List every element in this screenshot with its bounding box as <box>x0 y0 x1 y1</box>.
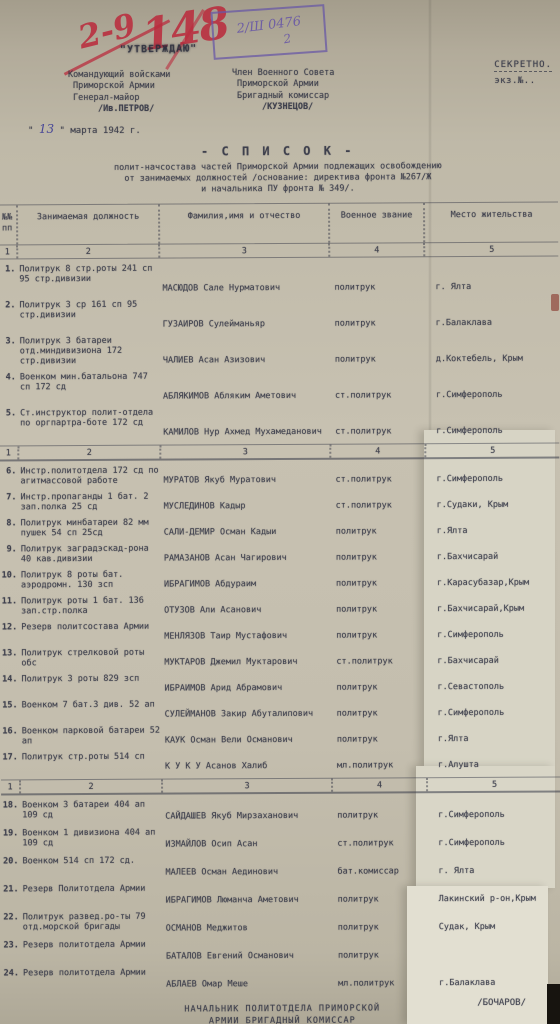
table-row: 5.Ст.инструктор полит-отдела по оргпартр… <box>0 401 559 440</box>
cell-num: 22. <box>2 913 20 935</box>
cell-rank: политрук <box>328 282 423 293</box>
table-row: 11.Политрук роты 1 бат. 136 зап.стр.полк… <box>0 589 560 618</box>
cell-rank: бат.комиссар <box>331 867 426 878</box>
secrecy-label: СЕКРЕТНО. <box>494 60 552 72</box>
column-number: 5 <box>426 778 560 792</box>
subtitle-line: и начальника ПУ фронта № 349/. <box>0 183 558 197</box>
stamp-scribble-line2: 2 <box>282 31 292 46</box>
table-section-3: 18.Военком 3 батареи 404 ап 109 сдСАЙДАШ… <box>1 793 560 992</box>
cell-rank: ст.политрук <box>329 426 424 437</box>
table-row: 10.Политрук 8 роты бат. аэродромн. 130 з… <box>0 563 560 592</box>
scanned-document-page: 2-9 148 2/Ш 0476 2 СЕКРЕТНО. экз.№.. "УТ… <box>0 0 560 1024</box>
cell-num: 18. <box>1 801 19 823</box>
cell-place: г.Бахчисарай <box>425 656 560 667</box>
cell-position: Политрук роты 1 бат. 136 зап.стр.полка <box>18 596 160 617</box>
table-row: 17.Политрук стр.роты 514 спК У К У Асано… <box>1 745 560 774</box>
document-subtitle: полит-начсостава частей Приморской Армии… <box>0 161 558 197</box>
document-body: - С П И С О К - полит-начсостава частей … <box>0 141 560 1024</box>
cell-name: ГУЗАИРОВ Сулейманьяр <box>159 319 329 330</box>
table-row: 9.Политрук заградэскад-рона 40 кав.дивиз… <box>0 537 560 566</box>
cell-place: г.Судаки, Крым <box>425 500 560 511</box>
footer-signature-name: /БОЧАРОВ/ <box>477 998 526 1008</box>
cell-rank: политрук <box>330 631 425 642</box>
document-content: 2-9 148 2/Ш 0476 2 СЕКРЕТНО. экз.№.. "УТ… <box>0 0 560 1024</box>
table-row: 4.Военком мин.батальона 747 сп 172 сдАБЛ… <box>0 365 559 404</box>
table-row: 6.Инстр.политотдела 172 сд по агитмассов… <box>0 459 559 488</box>
column-number: 5 <box>423 243 558 257</box>
cell-place: г.Симферополь <box>424 390 559 401</box>
cell-position: Военком парковой батареи 52 ап <box>19 726 161 747</box>
column-header-name: Фамилия,имя и отчество <box>158 204 328 244</box>
cell-name: ЧАЛИЕВ Асан Азизович <box>159 355 329 366</box>
column-number: 3 <box>158 244 328 258</box>
secrecy-block: СЕКРЕТНО. экз.№.. <box>494 60 552 86</box>
table-row: 3.Политрук 3 батареи отд.миндивизиона 17… <box>0 329 559 368</box>
cell-place: г.Симферополь <box>424 474 559 485</box>
approval-block-commander: Командующий войсками Приморской Армии Ге… <box>68 70 170 116</box>
cell-name: СУЛЕЙМАНОВ Закир Абуталипович <box>161 709 331 720</box>
document-title: - С П И С О К - <box>0 143 558 160</box>
cell-name: МЕНЛЯЗОВ Таир Мустафович <box>160 631 330 642</box>
cell-num: 4. <box>0 373 17 403</box>
cell-place: Лакинский р-он,Крым <box>427 894 560 905</box>
cell-rank: политрук <box>332 951 427 962</box>
cell-position: Военком 7 бат.3 див. 52 ап <box>19 700 161 721</box>
cell-name: МУСЛЕДИНОВ Кадыр <box>160 501 330 512</box>
cell-num: 8. <box>0 519 18 539</box>
cell-place: г.Бахчисарай <box>425 552 560 563</box>
handwritten-day: 13 <box>39 122 54 136</box>
cell-num: 14. <box>0 675 18 695</box>
cell-rank: мл.политрук <box>331 761 426 772</box>
cell-name: МУРАТОВ Якуб Муратович <box>159 475 329 486</box>
cell-num: 1. <box>0 265 16 295</box>
cell-num: 20. <box>1 857 19 879</box>
column-header-position: Занимаемая должность <box>16 205 158 245</box>
approval-line: Генерал-майор <box>68 93 170 104</box>
cell-place: г.Симферополь <box>424 426 559 437</box>
cell-place: г.Ялта <box>425 526 560 537</box>
cell-name: ИБРАИМОВ Арид Абрамович <box>161 683 331 694</box>
cell-name: КАУК Осман Вели Османович <box>161 735 331 746</box>
column-number: 5 <box>424 444 559 458</box>
cell-rank: политрук <box>330 553 425 564</box>
cell-position: Военком мин.батальона 747 сп 172 сд <box>17 372 159 403</box>
column-header-rank: Военное звание <box>328 203 423 242</box>
table-row: 16.Военком парковой батареи 52 апКАУК Ос… <box>1 719 560 748</box>
cell-place: г.Карасубазар,Крым <box>425 578 560 589</box>
cell-place: г.Бахчисарай,Крым <box>425 604 560 615</box>
cell-position: Резерв политотдела Армии <box>20 968 162 991</box>
cell-name: ИЗМАЙЛОВ Осип Асан <box>161 839 331 850</box>
cell-position: Политрук развед.ро-ты 79 отд.морской бри… <box>20 912 162 935</box>
cell-rank: политрук <box>331 683 426 694</box>
copy-number-label: экз.№.. <box>494 76 552 86</box>
archival-stamp: 2/Ш 0476 2 <box>210 4 327 60</box>
approval-line: Приморской Армии <box>232 79 334 90</box>
cell-num: 15. <box>1 701 19 721</box>
date-line: " 13 " марта 1942 г. <box>28 122 141 136</box>
approve-stamp-word: "УТВЕРЖДАЮ" <box>120 43 197 55</box>
table-row: 19.Военком 1 дивизиона 404 ап 109 сдИЗМА… <box>1 821 560 852</box>
cell-place: Судак, Крым <box>427 922 560 933</box>
column-number: 2 <box>16 245 158 259</box>
cell-name: АБЛЯКИМОВ Абляким Аметович <box>159 391 329 402</box>
cell-rank: ст.политрук <box>331 839 426 850</box>
cell-position: Политрук стрелковой роты обс <box>18 648 160 669</box>
cell-num: 16. <box>1 727 19 747</box>
column-number: 2 <box>17 446 159 460</box>
cell-rank: ст.политрук <box>329 474 424 485</box>
table-row: 8.Политрук минбатареи 82 мм пушек 54 сп … <box>0 511 560 540</box>
cell-position: Политрук 8 роты бат. аэродромн. 130 зсп <box>18 570 160 591</box>
cell-place: г.Алушта <box>426 760 560 771</box>
cell-place: г.Симферополь <box>426 708 560 719</box>
cell-rank: политрук <box>330 527 425 538</box>
cell-name: МУКТАРОВ Джемил Муктарович <box>160 657 330 668</box>
approval-line: Член Военного Совета <box>232 68 334 79</box>
cell-position: Военком 514 сп 172 сд. <box>19 856 161 879</box>
cell-rank: политрук <box>330 605 425 616</box>
cell-place: г.Балаклава <box>424 318 559 329</box>
cell-position: Ст.инструктор полит-отдела по оргпартра-… <box>17 408 159 439</box>
approval-line: Бригадный комиссар <box>232 91 334 102</box>
cell-position: Политрук заградэскад-рона 40 кав.дивизии <box>18 544 160 565</box>
cell-name: БАТАЛОВ Евгений Османович <box>162 951 332 962</box>
cell-position: Военком 3 батареи 404 ап 109 сд <box>19 800 161 823</box>
cell-name: АБЛАЕВ Омар Меше <box>162 979 332 990</box>
approval-line: Приморской Армии <box>68 81 170 92</box>
table-row: 24.Резерв политотдела АрмииАБЛАЕВ Омар М… <box>2 961 560 992</box>
table-row: 7.Инстр.пропаганды 1 бат. 2 зап.полка 25… <box>0 485 560 514</box>
cell-num: 19. <box>1 829 19 851</box>
cell-num: 5. <box>0 409 17 439</box>
column-header-place: Место жительства <box>423 203 558 243</box>
column-number: 4 <box>329 444 424 457</box>
cell-rank: политрук <box>331 811 426 822</box>
cell-position: Резерв политсостава Армии <box>18 622 160 643</box>
cell-num: 3. <box>0 337 17 367</box>
cell-name: ИБРАГИМОВ Абдураим <box>160 579 330 590</box>
cell-num: 10. <box>0 571 18 591</box>
table-row: 1.Политрук 8 стр.роты 241 сп 95 стр.диви… <box>0 257 558 296</box>
cell-rank: политрук <box>331 735 426 746</box>
table-row: 21.Резерв Политотдела АрмииИБРАГИМОВ Люм… <box>2 877 560 908</box>
cell-position: Инстр.пропаганды 1 бат. 2 зап.полка 25 с… <box>18 492 160 513</box>
cell-num: 6. <box>0 467 17 487</box>
cell-rank: политрук <box>332 923 427 934</box>
cell-num: 21. <box>2 885 20 907</box>
cell-num: 17. <box>1 753 19 773</box>
cell-position: Военком 1 дивизиона 404 ап 109 сд <box>19 828 161 851</box>
scan-dark-corner <box>547 984 560 1024</box>
approval-block-council-member: Член Военного Совета Приморской Армии Бр… <box>232 68 334 114</box>
cell-name: САЙДАШЕВ Якуб Мирзаханович <box>161 811 331 822</box>
column-number: 4 <box>328 243 423 256</box>
cell-rank: политрук <box>329 354 424 365</box>
table-row: 2.Политрук 3 ср 161 сп 95 стр.дивизииГУЗ… <box>0 293 559 332</box>
cell-rank: политрук <box>329 318 424 329</box>
cell-place: д.Коктебель, Крым <box>424 354 559 365</box>
table-row: 13.Политрук стрелковой роты обсМУКТАРОВ … <box>0 641 560 670</box>
date-quote-open: " <box>28 126 33 136</box>
table-row: 18.Военком 3 батареи 404 ап 109 сдСАЙДАШ… <box>1 793 560 824</box>
cell-name: МАСЮДОВ Сале Нурматович <box>158 283 328 294</box>
cell-name: МАЛЕЕВ Осман Аединович <box>161 867 331 878</box>
column-header-number: №№ пп <box>0 206 16 245</box>
column-number: 2 <box>19 780 161 794</box>
cell-rank: политрук <box>331 709 426 720</box>
column-number: 1 <box>0 246 16 259</box>
cell-name: ОСМАНОВ Меджитов <box>162 923 332 934</box>
table-header-row: №№ пп Занимаемая должность Фамилия,имя и… <box>0 202 558 246</box>
cell-place: г.Симферополь <box>425 630 560 641</box>
table-section-2: 6.Инстр.политотдела 172 сд по агитмассов… <box>0 459 560 774</box>
cell-num: 7. <box>0 493 18 513</box>
cell-place: г.Симферополь <box>426 838 560 849</box>
cell-place: г. Ялта <box>426 866 560 877</box>
cell-position: Политрук 3 роты 829 зсп <box>18 674 160 695</box>
cell-rank: политрук <box>332 895 427 906</box>
cell-name: ИБРАГИМОВ Люманча Аметович <box>162 895 332 906</box>
cell-position: Инстр.политотдела 172 сд по агитмассовой… <box>17 466 159 487</box>
cell-rank: ст.политрук <box>330 500 425 511</box>
stamp-scribble-line1: 2/Ш 0476 <box>235 14 301 37</box>
cell-name: САЛИ-ДЕМИР Осман Кадыи <box>160 527 330 538</box>
cell-rank: мл.политрук <box>332 979 427 990</box>
cell-position: Политрук 3 батареи отд.миндивизиона 172 … <box>17 336 159 367</box>
cell-position: Политрук стр.роты 514 сп <box>19 752 161 773</box>
cell-num: 11. <box>0 597 18 617</box>
cell-name: К У К У Асанов Халиб <box>161 761 331 772</box>
table-row: 12.Резерв политсостава АрмииМЕНЛЯЗОВ Таи… <box>0 615 560 644</box>
table-section-1: 1.Политрук 8 стр.роты 241 сп 95 стр.диви… <box>0 257 559 440</box>
approval-line: Командующий войсками <box>68 70 170 81</box>
table-row: 14.Политрук 3 роты 829 зспИБРАИМОВ Арид … <box>0 667 560 696</box>
cell-position: Резерв Политотдела Армии <box>20 884 162 907</box>
cell-num: 9. <box>0 545 18 565</box>
cell-place: г.Ялта <box>426 734 560 745</box>
cell-rank: политрук <box>330 579 425 590</box>
cell-name: КАМИЛОВ Нур Ахмед Мухамеданович <box>159 427 329 438</box>
table-row: 15.Военком 7 бат.3 див. 52 апСУЛЕЙМАНОВ … <box>1 693 560 722</box>
cell-num: 2. <box>0 301 17 331</box>
table-row: 22.Политрук развед.ро-ты 79 отд.морской … <box>2 905 560 936</box>
cell-place: г. Ялта <box>423 282 558 293</box>
cell-rank: ст.политрук <box>330 657 425 668</box>
cell-position: Политрук минбатареи 82 мм пушек 54 сп 25… <box>18 518 160 539</box>
cell-num: 13. <box>0 649 18 669</box>
column-number: 3 <box>159 445 329 459</box>
cell-place: г.Балаклава <box>427 978 560 989</box>
table-row: 20.Военком 514 сп 172 сд.МАЛЕЕВ Осман Ае… <box>1 849 560 880</box>
column-number: 3 <box>161 779 331 793</box>
cell-name: РАМАЗАНОВ Асан Чагирович <box>160 553 330 564</box>
column-number: 4 <box>331 779 426 792</box>
cell-position: Политрук 8 стр.роты 241 сп 95 стр.дивизи… <box>16 264 158 295</box>
column-number: 1 <box>0 447 17 460</box>
table-row: 23.Резерв политотдела АрмииБАТАЛОВ Евген… <box>2 933 560 964</box>
cell-num: 23. <box>2 941 20 963</box>
approval-signature: /КУЗНЕЦОВ/ <box>232 102 334 113</box>
cell-name: ОТУЗОВ Али Асанович <box>160 605 330 616</box>
cell-place: г.Симферополь <box>426 810 560 821</box>
cell-position: Политрук 3 ср 161 сп 95 стр.дивизии <box>17 300 159 331</box>
cell-position: Резерв политотдела Армии <box>20 940 162 963</box>
cell-rank: ст.политрук <box>329 390 424 401</box>
date-tail: " марта 1942 г. <box>60 126 141 136</box>
cell-num: 24. <box>2 969 20 991</box>
cell-place: г.Севастополь <box>426 682 560 693</box>
column-number: 1 <box>1 781 19 794</box>
approval-signature: /Ив.ПЕТРОВ/ <box>68 104 170 115</box>
cell-num: 12. <box>0 623 18 643</box>
